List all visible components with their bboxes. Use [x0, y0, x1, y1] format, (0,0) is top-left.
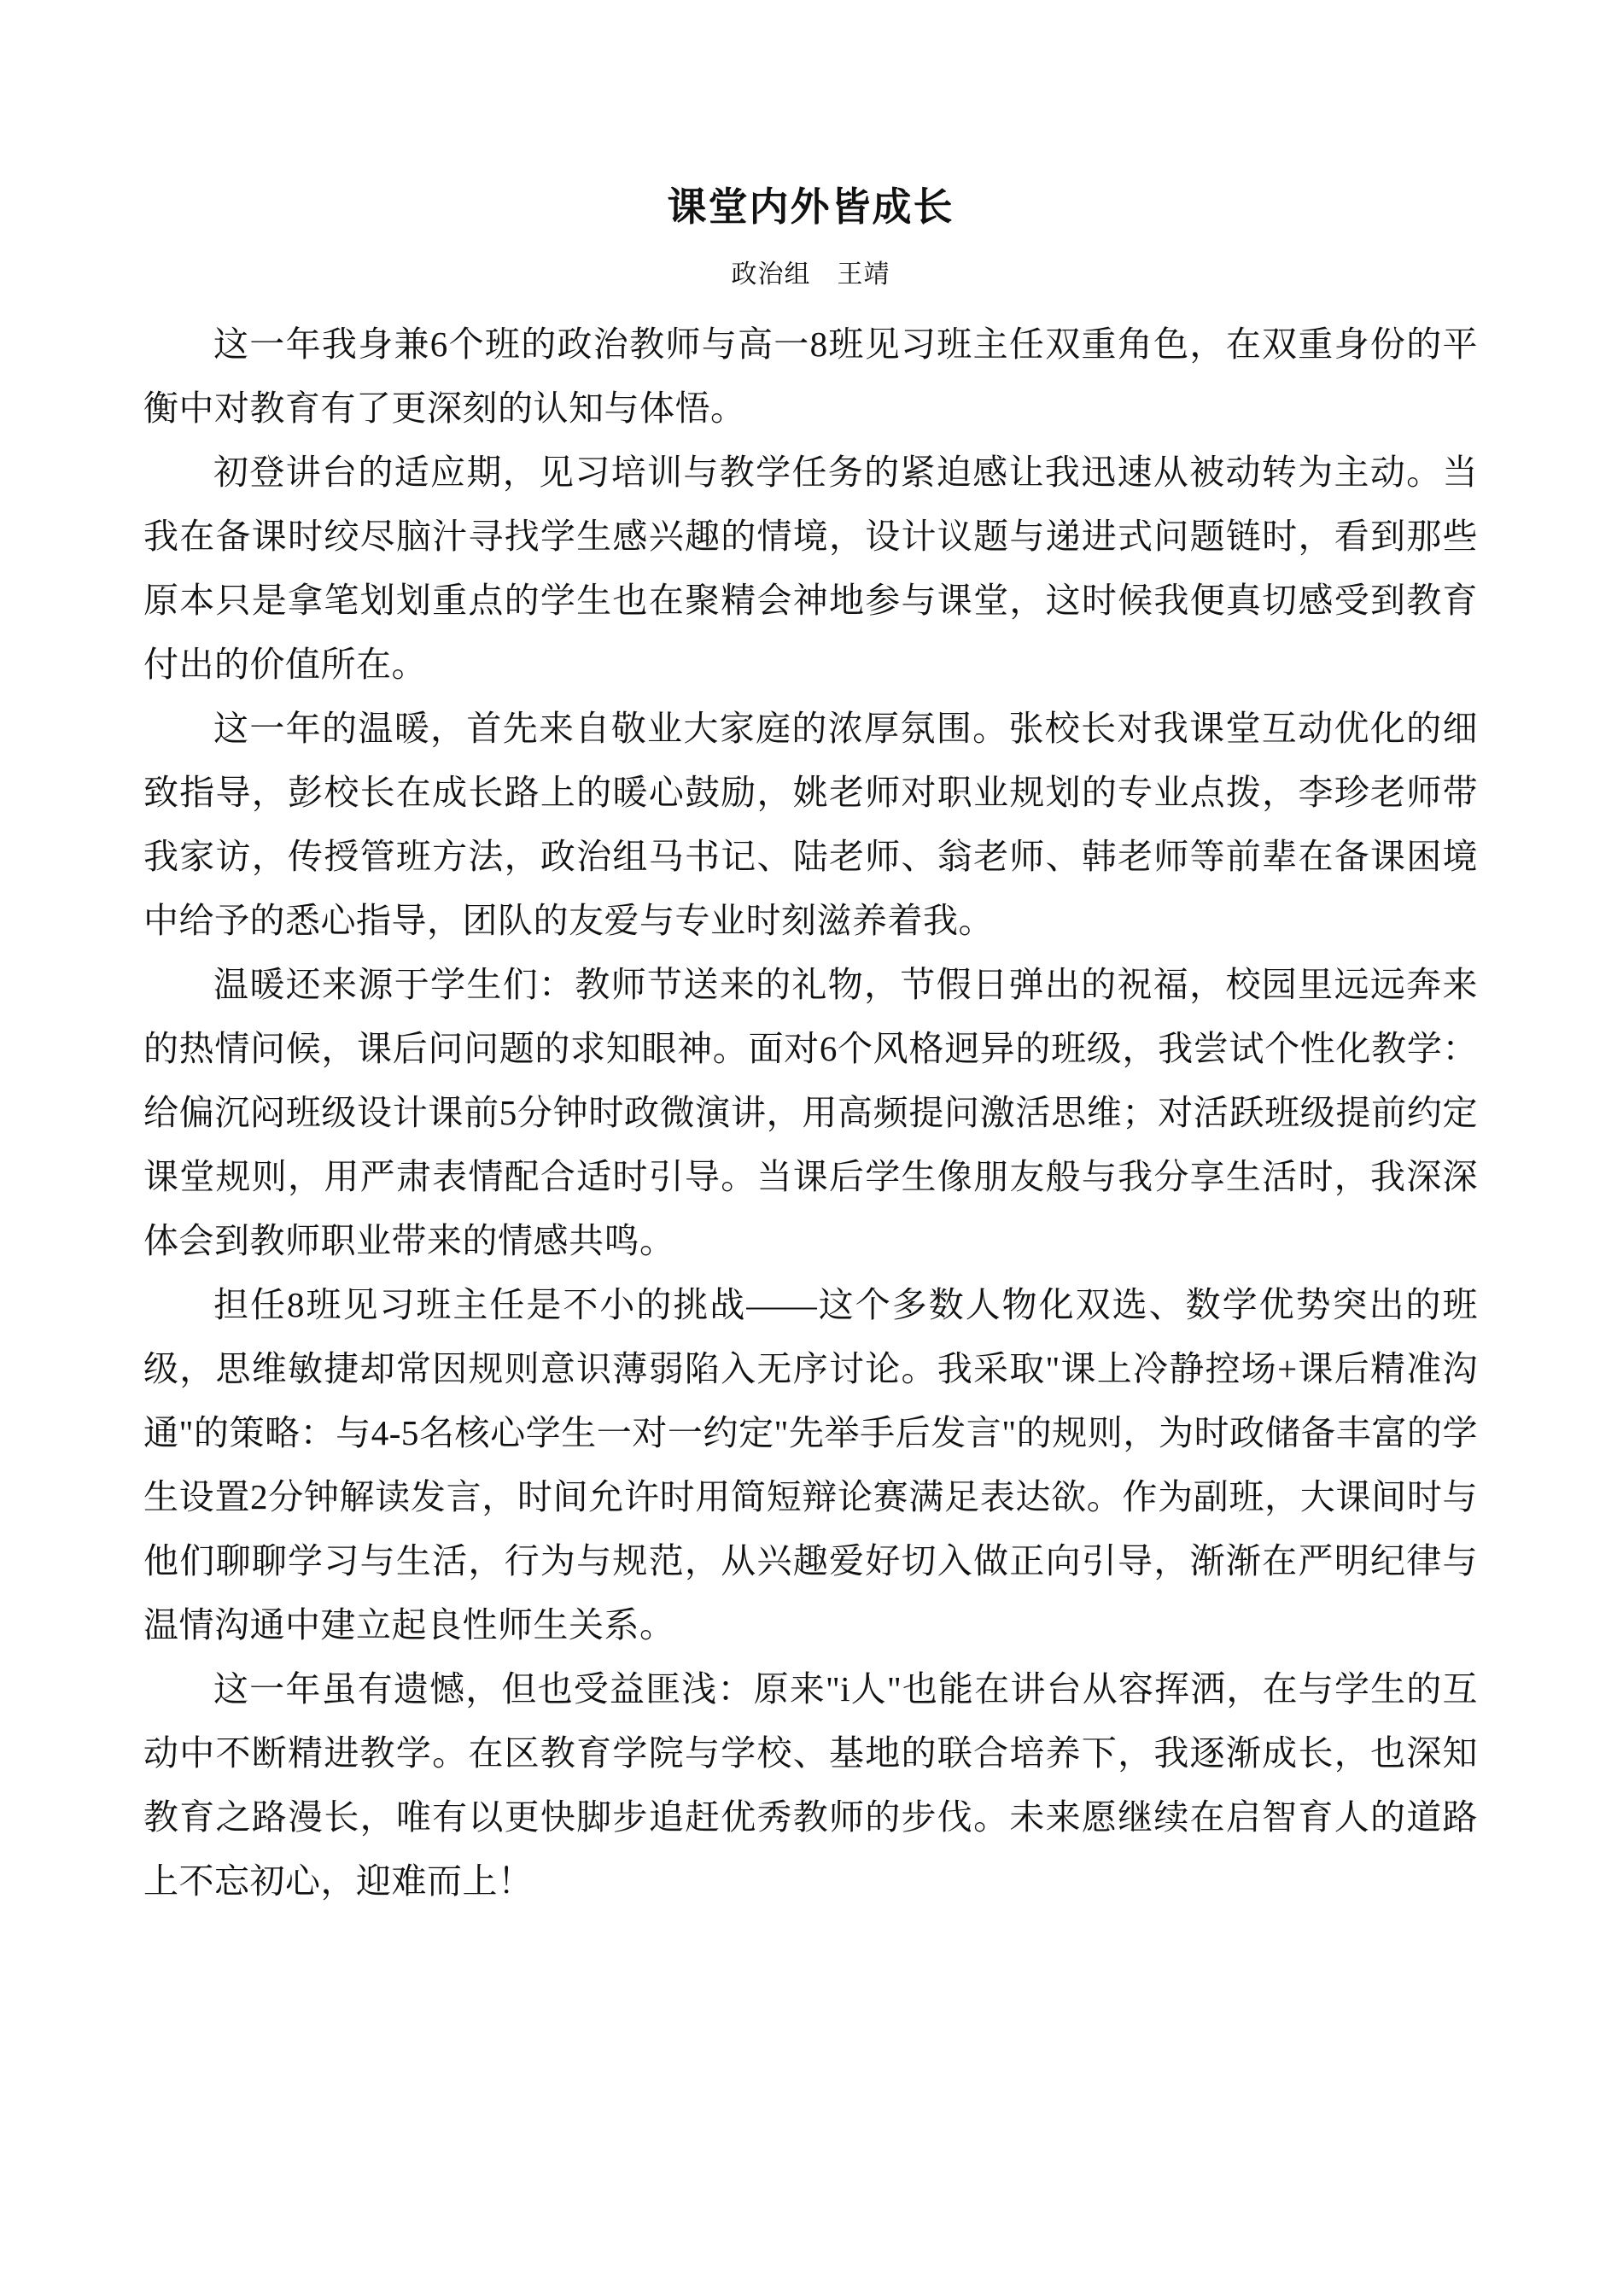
- paragraph-6: 这一年虽有遗憾，但也受益匪浅：原来"i人"也能在讲台从容挥洒，在与学生的互动中不…: [143, 1657, 1478, 1913]
- paragraph-5: 担任8班见习班主任是不小的挑战——这个多数人物化双选、数学优势突出的班级，思维敏…: [143, 1273, 1478, 1657]
- document-page: 课堂内外皆成长 政治组 王靖 这一年我身兼6个班的政治教师与高一8班见习班主任双…: [0, 0, 1623, 2296]
- paragraph-4: 温暖还来源于学生们：教师节送来的礼物，节假日弹出的祝福，校园里远远奔来的热情问候…: [143, 953, 1478, 1273]
- document-title: 课堂内外皆成长: [143, 181, 1478, 234]
- paragraph-3: 这一年的温暖，首先来自敬业大家庭的浓厚氛围。张校长对我课堂互动优化的细致指导，彭…: [143, 697, 1478, 953]
- document-byline: 政治组 王靖: [143, 256, 1478, 294]
- paragraph-2: 初登讲台的适应期，见习培训与教学任务的紧迫感让我迅速从被动转为主动。当我在备课时…: [143, 441, 1478, 697]
- paragraph-1: 这一年我身兼6个班的政治教师与高一8班见习班主任双重角色，在双重身份的平衡中对教…: [143, 313, 1478, 441]
- document-body: 这一年我身兼6个班的政治教师与高一8班见习班主任双重角色，在双重身份的平衡中对教…: [143, 313, 1478, 1913]
